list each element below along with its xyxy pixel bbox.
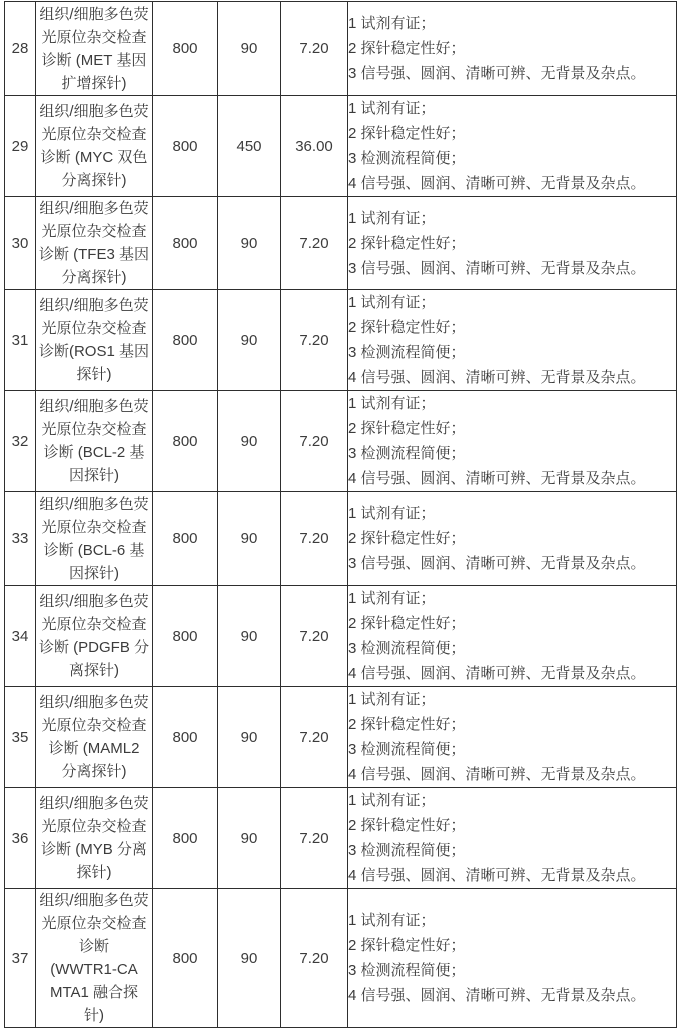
item-name-cell: 组织/细胞多色荧 光原位杂交检查 诊断 (MET 基因 扩增探针) xyxy=(36,2,153,96)
value1-cell: 800 xyxy=(153,586,218,687)
criteria-cell: 1 试剂有证； 2 探针稳定性好； 3 信号强、圆润、清晰可辨、无背景及杂点。 xyxy=(348,492,677,586)
table-row: 31 组织/细胞多色荧 光原位杂交检查 诊断(ROS1 基因 探针) 800 9… xyxy=(5,290,677,391)
criteria-cell: 1 试剂有证； 2 探针稳定性好； 3 检测流程简便； 4 信号强、圆润、清晰可… xyxy=(348,687,677,788)
item-name-cell: 组织/细胞多色荧 光原位杂交检查 诊断 (MYC 双色 分离探针) xyxy=(36,96,153,197)
value2-cell: 90 xyxy=(218,687,281,788)
criteria-cell: 1 试剂有证； 2 探针稳定性好； 3 检测流程简便； 4 信号强、圆润、清晰可… xyxy=(348,290,677,391)
value1-cell: 800 xyxy=(153,788,218,889)
table-row: 29 组织/细胞多色荧 光原位杂交检查 诊断 (MYC 双色 分离探针) 800… xyxy=(5,96,677,197)
value1-cell: 800 xyxy=(153,197,218,290)
price-cell: 7.20 xyxy=(281,391,348,492)
value2-cell: 90 xyxy=(218,889,281,1028)
table-row: 34 组织/细胞多色荧 光原位杂交检查 诊断 (PDGFB 分 离探针) 800… xyxy=(5,586,677,687)
item-name-cell: 组织/细胞多色荧 光原位杂交检查 诊断 (WWTR1-CA MTA1 融合探 针… xyxy=(36,889,153,1028)
criteria-cell: 1 试剂有证； 2 探针稳定性好； 3 检测流程简便； 4 信号强、圆润、清晰可… xyxy=(348,889,677,1028)
table-row: 32 组织/细胞多色荧 光原位杂交检查 诊断 (BCL-2 基 因探针) 800… xyxy=(5,391,677,492)
value2-cell: 90 xyxy=(218,197,281,290)
value2-cell: 450 xyxy=(218,96,281,197)
fee-items-table: 28 组织/细胞多色荧 光原位杂交检查 诊断 (MET 基因 扩增探针) 800… xyxy=(4,1,677,1028)
value2-cell: 90 xyxy=(218,788,281,889)
value2-cell: 90 xyxy=(218,2,281,96)
price-cell: 7.20 xyxy=(281,788,348,889)
value1-cell: 800 xyxy=(153,391,218,492)
item-name-cell: 组织/细胞多色荧 光原位杂交检查 诊断 (BCL-2 基 因探针) xyxy=(36,391,153,492)
criteria-cell: 1 试剂有证； 2 探针稳定性好； 3 检测流程简便； 4 信号强、圆润、清晰可… xyxy=(348,788,677,889)
price-cell: 7.20 xyxy=(281,687,348,788)
price-cell: 7.20 xyxy=(281,586,348,687)
item-name-cell: 组织/细胞多色荧 光原位杂交检查 诊断 (MAML2 分离探针) xyxy=(36,687,153,788)
value1-cell: 800 xyxy=(153,889,218,1028)
value2-cell: 90 xyxy=(218,290,281,391)
criteria-cell: 1 试剂有证； 2 探针稳定性好； 3 检测流程简便； 4 信号强、圆润、清晰可… xyxy=(348,391,677,492)
row-index-cell: 33 xyxy=(5,492,36,586)
item-name-cell: 组织/细胞多色荧 光原位杂交检查 诊断 (TFE3 基因 分离探针) xyxy=(36,197,153,290)
criteria-cell: 1 试剂有证； 2 探针稳定性好； 3 检测流程简便； 4 信号强、圆润、清晰可… xyxy=(348,96,677,197)
price-cell: 7.20 xyxy=(281,492,348,586)
table-row: 36 组织/细胞多色荧 光原位杂交检查 诊断 (MYB 分离 探针) 800 9… xyxy=(5,788,677,889)
item-name-cell: 组织/细胞多色荧 光原位杂交检查 诊断 (PDGFB 分 离探针) xyxy=(36,586,153,687)
price-cell: 7.20 xyxy=(281,2,348,96)
price-cell: 7.20 xyxy=(281,889,348,1028)
row-index-cell: 32 xyxy=(5,391,36,492)
table-row: 28 组织/细胞多色荧 光原位杂交检查 诊断 (MET 基因 扩增探针) 800… xyxy=(5,2,677,96)
row-index-cell: 28 xyxy=(5,2,36,96)
value2-cell: 90 xyxy=(218,586,281,687)
value2-cell: 90 xyxy=(218,391,281,492)
row-index-cell: 37 xyxy=(5,889,36,1028)
price-cell: 7.20 xyxy=(281,290,348,391)
price-cell: 36.00 xyxy=(281,96,348,197)
value1-cell: 800 xyxy=(153,687,218,788)
criteria-cell: 1 试剂有证； 2 探针稳定性好； 3 检测流程简便； 4 信号强、圆润、清晰可… xyxy=(348,586,677,687)
table-row: 30 组织/细胞多色荧 光原位杂交检查 诊断 (TFE3 基因 分离探针) 80… xyxy=(5,197,677,290)
table-row: 37 组织/细胞多色荧 光原位杂交检查 诊断 (WWTR1-CA MTA1 融合… xyxy=(5,889,677,1028)
item-name-cell: 组织/细胞多色荧 光原位杂交检查 诊断(ROS1 基因 探针) xyxy=(36,290,153,391)
table-row: 35 组织/细胞多色荧 光原位杂交检查 诊断 (MAML2 分离探针) 800 … xyxy=(5,687,677,788)
row-index-cell: 36 xyxy=(5,788,36,889)
value2-cell: 90 xyxy=(218,492,281,586)
row-index-cell: 29 xyxy=(5,96,36,197)
value1-cell: 800 xyxy=(153,96,218,197)
row-index-cell: 31 xyxy=(5,290,36,391)
row-index-cell: 35 xyxy=(5,687,36,788)
value1-cell: 800 xyxy=(153,492,218,586)
criteria-cell: 1 试剂有证； 2 探针稳定性好； 3 信号强、圆润、清晰可辨、无背景及杂点。 xyxy=(348,2,677,96)
row-index-cell: 34 xyxy=(5,586,36,687)
criteria-cell: 1 试剂有证； 2 探针稳定性好； 3 信号强、圆润、清晰可辨、无背景及杂点。 xyxy=(348,197,677,290)
item-name-cell: 组织/细胞多色荧 光原位杂交检查 诊断 (MYB 分离 探针) xyxy=(36,788,153,889)
price-cell: 7.20 xyxy=(281,197,348,290)
value1-cell: 800 xyxy=(153,2,218,96)
table-body: 28 组织/细胞多色荧 光原位杂交检查 诊断 (MET 基因 扩增探针) 800… xyxy=(5,2,677,1028)
table-row: 33 组织/细胞多色荧 光原位杂交检查 诊断 (BCL-6 基 因探针) 800… xyxy=(5,492,677,586)
value1-cell: 800 xyxy=(153,290,218,391)
row-index-cell: 30 xyxy=(5,197,36,290)
item-name-cell: 组织/细胞多色荧 光原位杂交检查 诊断 (BCL-6 基 因探针) xyxy=(36,492,153,586)
